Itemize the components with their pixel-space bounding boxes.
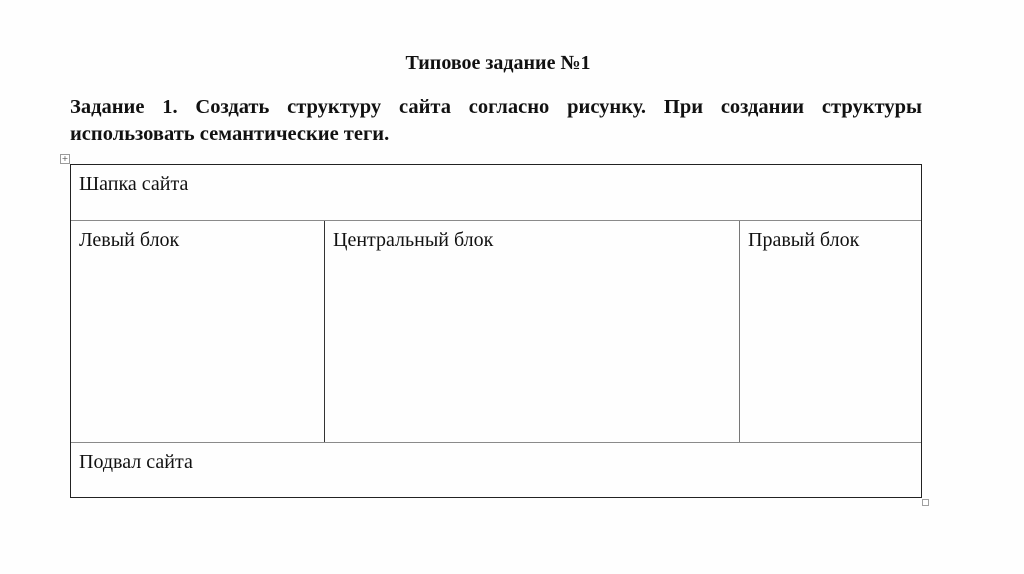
table-resize-handle-icon[interactable] (922, 499, 929, 506)
cell-center-label: Центральный блок (333, 229, 493, 251)
cell-right-label: Правый блок (748, 229, 859, 251)
table-move-handle-icon[interactable]: + (60, 154, 70, 164)
cell-right-block[interactable]: Правый блок (740, 221, 922, 442)
page-title: Типовое задание №1 (0, 50, 996, 76)
cell-center-block[interactable]: Центральный блок (325, 221, 740, 442)
cell-left-label: Левый блок (79, 229, 179, 251)
task-description: Задание 1. Создать структуру сайта согла… (70, 94, 922, 148)
site-structure-table: Шапка сайта Левый блок Центральный блок … (70, 164, 922, 498)
cell-footer[interactable]: Подвал сайта (71, 442, 921, 497)
cell-header[interactable]: Шапка сайта (71, 165, 921, 221)
cell-footer-label: Подвал сайта (79, 451, 193, 473)
cell-left-block[interactable]: Левый блок (71, 221, 325, 442)
cell-header-label: Шапка сайта (79, 173, 188, 195)
